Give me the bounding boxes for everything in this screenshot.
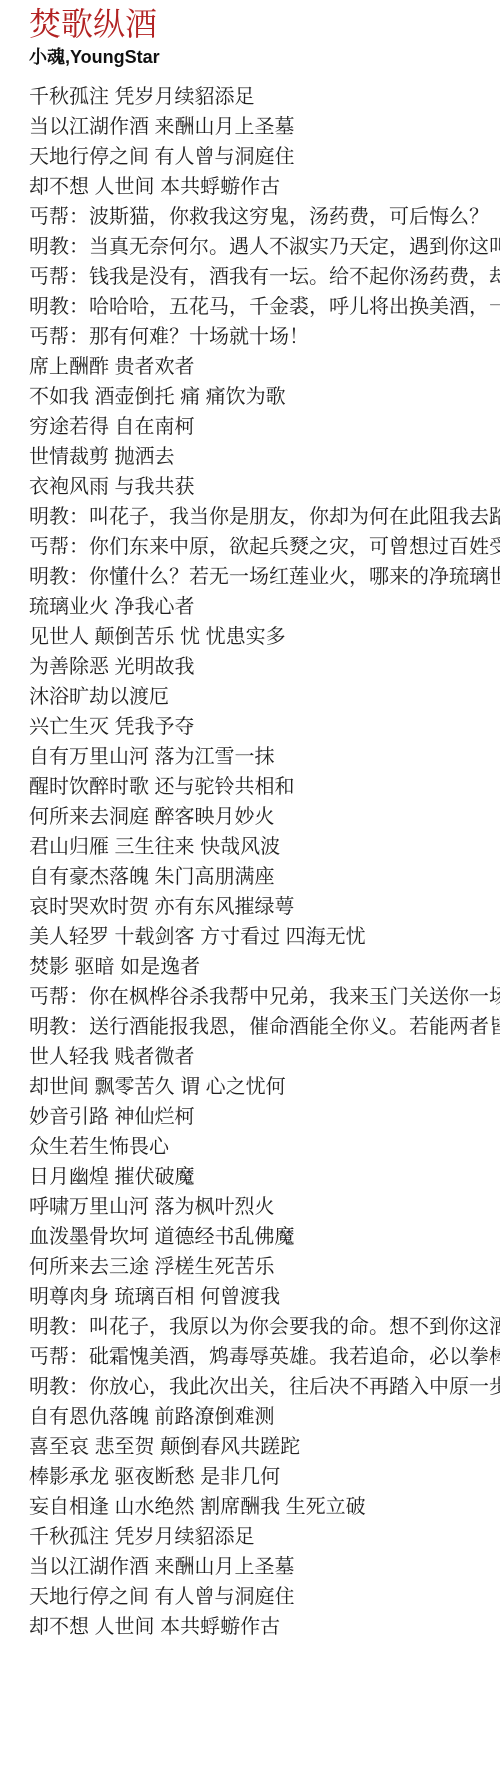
lyric-line: 日月幽煌 摧伏破魔 (29, 1162, 500, 1192)
lyric-line: 丐帮：钱我是没有，酒我有一坛。给不起你汤药费，却能与你痛饮一场。 (29, 262, 500, 292)
lyric-line: 丐帮：波斯猫，你救我这穷鬼，汤药费，可后悔么？ (29, 202, 500, 232)
lyric-line: 妄自相逢 山水绝然 割席酬我 生死立破 (29, 1492, 500, 1522)
lyric-line: 明教：送行酒能报我恩，催命酒能全你义。若能两者皆全，岂不妙哉？ (29, 1012, 500, 1042)
lyric-line: 妙音引路 神仙烂柯 (29, 1102, 500, 1132)
lyric-line: 丐帮：你在枫桦谷杀我帮中兄弟，我来玉门关送你一场。 (29, 982, 500, 1012)
lyric-line: 却不想 人世间 本共蜉蝣作古 (29, 172, 500, 202)
lyric-line: 千秋孤注 凭岁月续貂添足 (29, 1522, 500, 1552)
song-title: 焚歌纵酒 (29, 6, 500, 43)
lyric-line: 棒影承龙 驱夜断愁 是非几何 (29, 1462, 500, 1492)
lyric-line: 丐帮：那有何难？十场就十场！ (29, 322, 500, 352)
lyric-line: 却不想 人世间 本共蜉蝣作古 (29, 1612, 500, 1642)
lyric-line: 自有万里山河 落为江雪一抹 (29, 742, 500, 772)
lyric-line: 明教：你放心，我此次出关，往后决不再踏入中原一步。 (29, 1372, 500, 1402)
lyric-line: 为善除恶 光明故我 (29, 652, 500, 682)
lyric-line: 明教：哈哈哈，五花马，千金裘，呼儿将出换美酒，一坛便换你十场。 (29, 292, 500, 322)
lyrics-page: 焚歌纵酒 小魂,YoungStar 千秋孤注 凭岁月续貂添足当以江湖作酒 来酬山… (0, 0, 500, 1642)
lyric-line: 明教：叫花子，我当你是朋友，你却为何在此阻我去路？ (29, 502, 500, 532)
lyric-line: 当以江湖作酒 来酬山月上圣墓 (29, 112, 500, 142)
lyric-line: 明教：当真无奈何尔。遇人不淑实乃天定，遇到你这叫花子更是天定。 (29, 232, 500, 262)
lyric-line: 世情裁剪 抛洒去 (29, 442, 500, 472)
lyric-line: 何所来去三途 浮槎生死苦乐 (29, 1252, 500, 1282)
lyric-line: 衣袍风雨 与我共获 (29, 472, 500, 502)
lyric-line: 喜至哀 悲至贺 颠倒春风共蹉跎 (29, 1432, 500, 1462)
lyric-line: 明尊肉身 琉璃百相 何曾渡我 (29, 1282, 500, 1312)
lyric-line: 千秋孤注 凭岁月续貂添足 (29, 82, 500, 112)
lyric-line: 丐帮：你们东来中原，欲起兵燹之灾，可曾想过百姓受苦？ (29, 532, 500, 562)
lyric-line: 哀时哭欢时贺 亦有东风摧绿萼 (29, 892, 500, 922)
lyric-line: 却世间 飘零苦久 谓 心之忧何 (29, 1072, 500, 1102)
lyric-line: 不如我 酒壶倒托 痛 痛饮为歌 (29, 382, 500, 412)
lyric-line: 自有豪杰落魄 朱门高朋满座 (29, 862, 500, 892)
lyric-line: 丐帮：砒霜愧美酒，鸩毒辱英雄。我若追命，必以拳棒相见。 (29, 1342, 500, 1372)
lyric-line: 当以江湖作酒 来酬山月上圣墓 (29, 1552, 500, 1582)
lyric-line: 醒时饮醉时歌 还与驼铃共相和 (29, 772, 500, 802)
lyric-line: 天地行停之间 有人曾与洞庭住 (29, 142, 500, 172)
lyric-line: 呼啸万里山河 落为枫叶烈火 (29, 1192, 500, 1222)
lyric-line: 焚影 驱暗 如是逸者 (29, 952, 500, 982)
lyric-line: 美人轻罗 十载剑客 方寸看过 四海无忧 (29, 922, 500, 952)
lyric-line: 琉璃业火 净我心者 (29, 592, 500, 622)
lyric-line: 明教：你懂什么？若无一场红莲业火，哪来的净琉璃世界？ (29, 562, 500, 592)
lyric-line: 何所来去洞庭 醉客映月妙火 (29, 802, 500, 832)
lyric-line: 血泼墨骨坎坷 道德经书乱佛魔 (29, 1222, 500, 1252)
lyric-line: 世人轻我 贱者微者 (29, 1042, 500, 1072)
lyric-line: 见世人 颠倒苦乐 忧 忧患实多 (29, 622, 500, 652)
lyric-line: 君山归雁 三生往来 快哉风波 (29, 832, 500, 862)
lyric-line: 众生若生怖畏心 (29, 1132, 500, 1162)
lyric-line: 席上酬酢 贵者欢者 (29, 352, 500, 382)
lyric-line: 明教：叫花子，我原以为你会要我的命。想不到你这酒里无毒。 (29, 1312, 500, 1342)
lyric-line: 天地行停之间 有人曾与洞庭住 (29, 1582, 500, 1612)
lyric-line: 自有恩仇落魄 前路潦倒难测 (29, 1402, 500, 1432)
lyric-line: 兴亡生灭 凭我予夺 (29, 712, 500, 742)
artist-name: 小魂,YoungStar (29, 45, 500, 69)
lyric-line: 穷途若得 自在南柯 (29, 412, 500, 442)
lyrics-container: 千秋孤注 凭岁月续貂添足当以江湖作酒 来酬山月上圣墓天地行停之间 有人曾与洞庭住… (29, 82, 500, 1642)
lyric-line: 沐浴旷劫以渡厄 (29, 682, 500, 712)
